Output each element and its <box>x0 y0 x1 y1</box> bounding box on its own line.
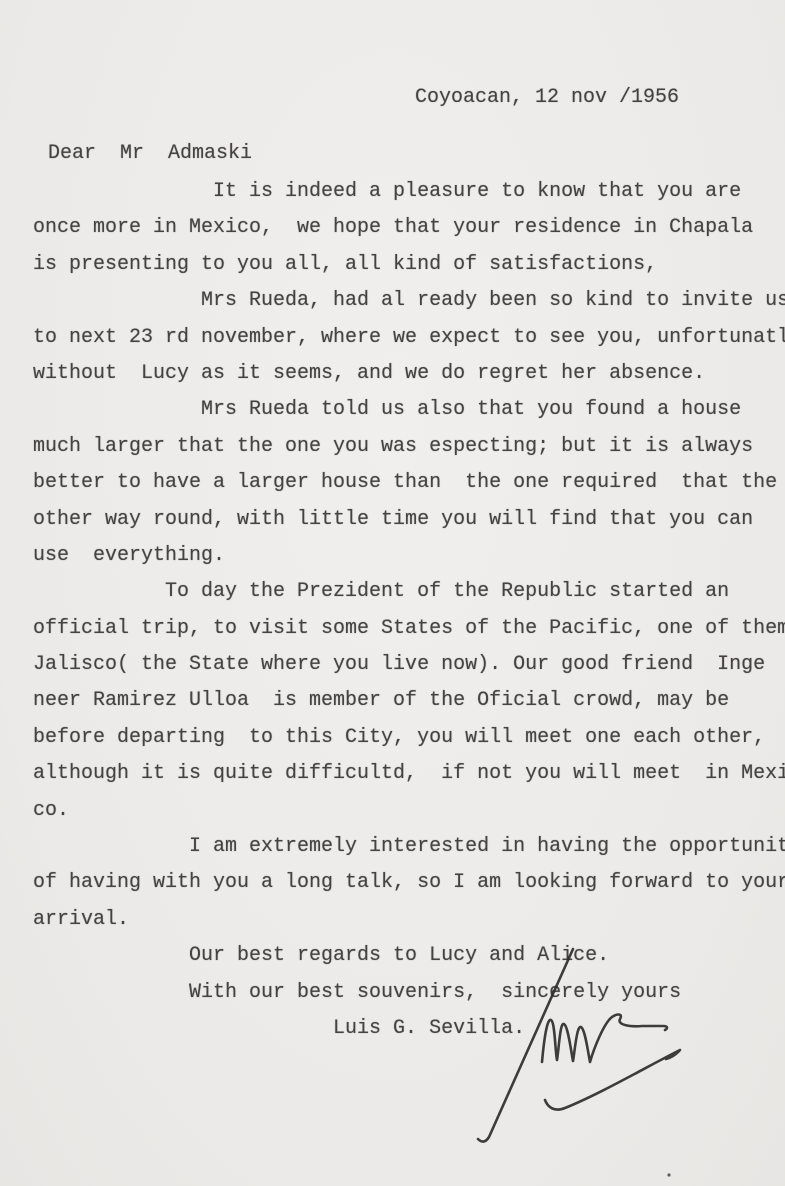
letter-line: neer Ramirez Ulloa is member of the Ofic… <box>33 683 785 719</box>
handwritten-signature-icon <box>436 928 726 1180</box>
letter-line: without Lucy as it seems, and we do regr… <box>33 356 785 392</box>
letter-line: use everything. <box>33 538 785 574</box>
letter-line: co. <box>33 793 785 829</box>
letter-date: Coyoacan, 12 nov /1956 <box>415 80 679 116</box>
letter-salutation: Dear Mr Admaski <box>48 136 252 172</box>
letter-line: much larger that the one you was especti… <box>33 429 785 465</box>
letter-line: once more in Mexico, we hope that your r… <box>33 210 785 246</box>
letter-line: other way round, with little time you wi… <box>33 502 785 538</box>
letter-line: before departing to this City, you will … <box>33 720 785 756</box>
letter-line: of having with you a long talk, so I am … <box>33 865 785 901</box>
letter-line: To day the Prezident of the Republic sta… <box>33 574 785 610</box>
letter-line: Jalisco( the State where you live now). … <box>33 647 785 683</box>
letter-line: to next 23 rd november, where we expect … <box>33 320 785 356</box>
letter-line: official trip, to visit some States of t… <box>33 611 785 647</box>
letter-line: better to have a larger house than the o… <box>33 465 785 501</box>
letter-line: It is indeed a pleasure to know that you… <box>33 174 785 210</box>
letter-line: is presenting to you all, all kind of sa… <box>33 247 785 283</box>
letter-line: although it is quite difficultd, if not … <box>33 756 785 792</box>
letter-body: It is indeed a pleasure to know that you… <box>33 174 785 1047</box>
letter-line: Mrs Rueda, had al ready been so kind to … <box>33 283 785 319</box>
letter-line: I am extremely interested in having the … <box>33 829 785 865</box>
letter-line: Mrs Rueda told us also that you found a … <box>33 392 785 428</box>
